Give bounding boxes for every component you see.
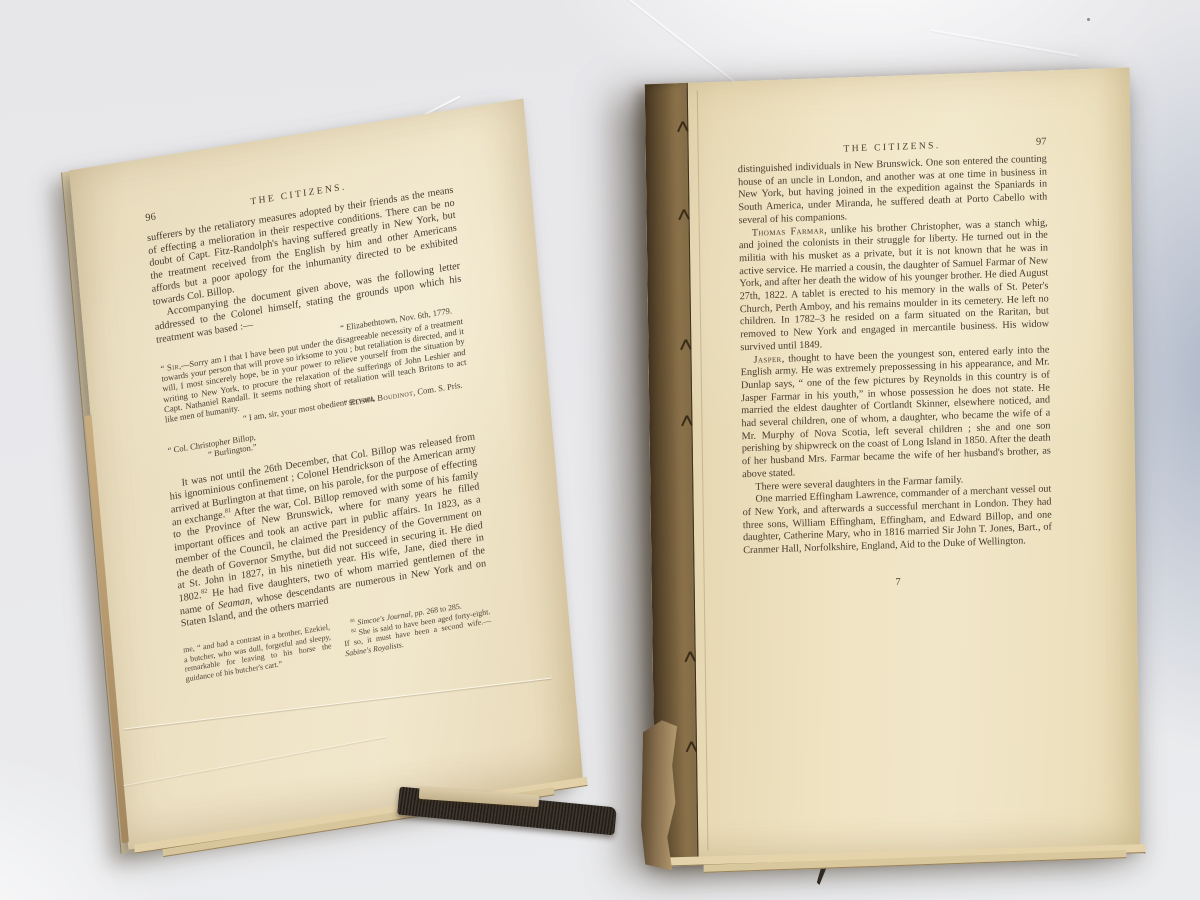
crease-line — [123, 736, 386, 786]
stack-side-edge — [85, 415, 129, 844]
body-paragraph: It was not until the 26th December, that… — [168, 431, 488, 632]
body-paragraph: One married Effingham Lawrence, commande… — [742, 484, 1052, 558]
body-paragraph: Jasper, thought to have been the younges… — [740, 344, 1051, 482]
sewing-stitch — [679, 415, 693, 428]
sewing-stitch — [676, 209, 690, 222]
running-head: THE CITIZENS. — [768, 137, 1017, 157]
dust-speck — [1087, 18, 1090, 21]
folio-spacer — [738, 154, 768, 155]
crease-line — [124, 677, 552, 729]
body-paragraph: Thomas Farmar, unlike his brother Christ… — [739, 217, 1050, 355]
sewing-stitch — [683, 651, 697, 664]
right-page-stack: THE CITIZENS. 97 distinguished individua… — [645, 67, 1141, 862]
backdrop-crease — [931, 29, 1079, 57]
left-page-stack: 96 THE CITIZENS. sufferers by the retali… — [69, 98, 583, 849]
sewing-stitch — [678, 339, 692, 352]
backdrop-crease — [625, 0, 744, 90]
sewing-stitch — [684, 741, 698, 754]
footnote-column: 81 Simcoe's Journal, pp. 268 to 285. 82 … — [342, 597, 492, 658]
signature-mark: 7 — [744, 571, 1053, 593]
footnote-continuation: me, “ and had a contrast in a brother, E… — [183, 622, 333, 683]
folio-spacer — [422, 173, 452, 178]
photo-backdrop: 96 THE CITIZENS. sufferers by the retali… — [0, 0, 1200, 900]
body-paragraph: distinguished individuals in New Brunswi… — [738, 153, 1048, 227]
page-curl-line — [697, 91, 709, 851]
sewing-stitch — [675, 121, 689, 134]
folio-number: 97 — [1016, 136, 1046, 148]
folio-number: 96 — [145, 208, 176, 224]
